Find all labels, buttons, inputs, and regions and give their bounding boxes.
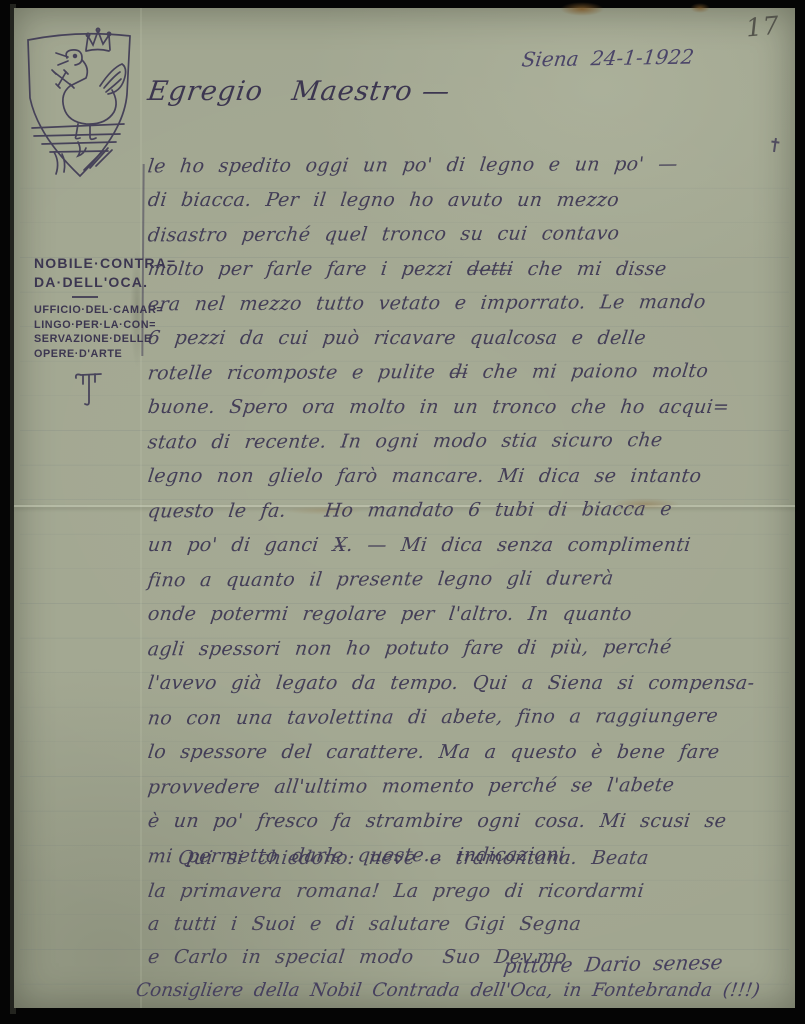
- handwritten-line: un po' di ganci X̶. — Mi dica senza comp…: [146, 528, 778, 563]
- handwritten-line: Qui si chiedono: neve e tramontana. Beat…: [146, 842, 778, 875]
- signature-title: Consigliere della Nobil Contrada dell'Oc…: [135, 980, 762, 1001]
- salutation: Egregio Maestro —: [146, 76, 453, 107]
- page-number: 17: [745, 11, 781, 43]
- handwritten-line: è un po' fresco fa strambire ogni cosa. …: [146, 804, 778, 839]
- contrada-oca-emblem-icon: [20, 24, 138, 184]
- handwritten-line: era nel mezzo tutto vetato e imporrato. …: [146, 285, 778, 322]
- scanned-letter: NOBILE·CONTRA= DA·DELL'OCA. UFFICIO·DEL·…: [0, 0, 805, 1024]
- handwritten-line: no con una tavolettina di abete, fino a …: [146, 699, 778, 736]
- paper-stain: [560, 2, 604, 16]
- handwritten-line: a tutti i Suoi e di salutare Gigi Segna: [146, 908, 778, 941]
- handwritten-line: lo spessore del carattere. Ma a questo è…: [146, 735, 778, 770]
- vertical-fold-crease: [140, 8, 142, 1008]
- ink-monogram-icon: [72, 368, 106, 408]
- handwritten-line: l'avevo già legato da tempo. Qui a Siena…: [146, 666, 778, 701]
- handwritten-line: onde potermi regolare per l'altro. In qu…: [146, 597, 778, 632]
- handwritten-line: agli spessori non ho potuto fare di più,…: [146, 630, 778, 667]
- handwritten-line: fino a quanto il presente legno gli dure…: [146, 561, 778, 598]
- handwritten-line: di biacca. Per il legno ho avuto un mezz…: [146, 183, 778, 218]
- stamp-divider: [72, 296, 98, 298]
- handwritten-line: la primavera romana! La prego di ricorda…: [146, 875, 778, 908]
- handwritten-line: rotelle ricomposte e pulite d̶i̶ che mi …: [146, 354, 778, 391]
- date-line: Siena 24-1-1922: [520, 45, 695, 72]
- letter-body: le ho spedito oggi un po' di legno e un …: [148, 148, 776, 873]
- letter-page: NOBILE·CONTRA= DA·DELL'OCA. UFFICIO·DEL·…: [14, 8, 795, 1008]
- handwritten-line: molto per farle fare i pezzi d̶e̶t̶t̶i̶ …: [146, 252, 778, 287]
- handwritten-line: legno non glielo farò mancare. Mi dica s…: [146, 459, 778, 494]
- handwritten-line: disastro perché quel tronco su cui conta…: [146, 216, 778, 253]
- paper-stain: [690, 3, 710, 13]
- handwritten-line: questo le fa. Ho mandato 6 tubi di biacc…: [146, 492, 778, 529]
- handwritten-line: provvedere all'ultimo momento perché se …: [146, 768, 778, 805]
- signature-name: pittore Dario senese: [502, 950, 724, 978]
- handwritten-line: buone. Spero ora molto in un tronco che …: [146, 390, 778, 425]
- handwritten-line: 6 pezzi da cui può ricavare qualcosa e d…: [146, 321, 778, 356]
- handwritten-line: le ho spedito oggi un po' di legno e un …: [146, 147, 778, 184]
- handwritten-line: stato di recente. In ogni modo stia sicu…: [146, 423, 778, 460]
